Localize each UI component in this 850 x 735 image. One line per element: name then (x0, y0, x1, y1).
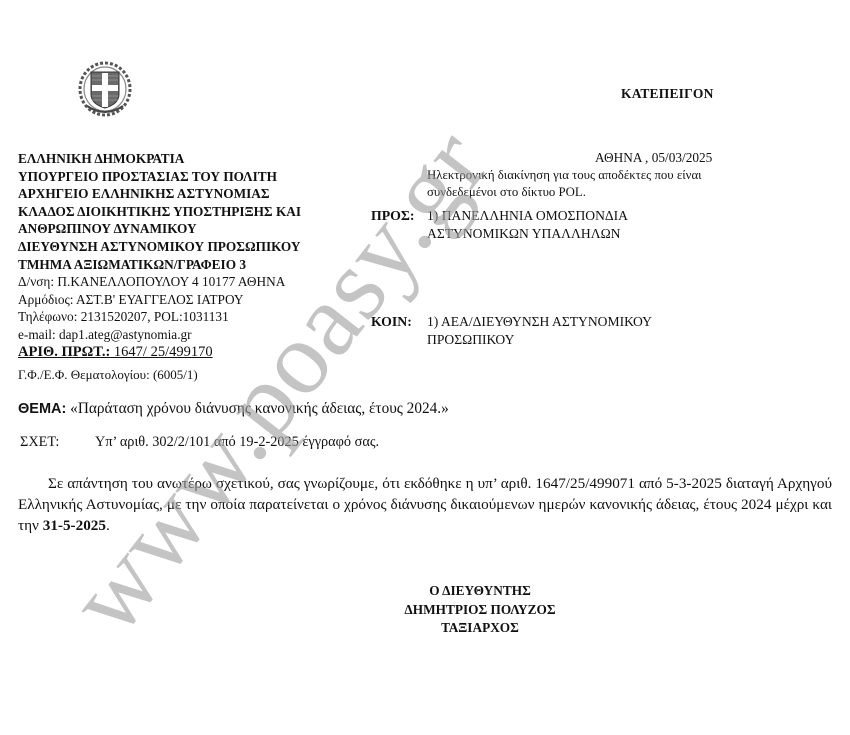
electronic-distribution-note: Ηλεκτρονική διακίνηση για τους αποδέκτες… (427, 167, 737, 202)
sender-header-line: ΑΡΧΗΓΕΙΟ ΕΛΛΗΝΙΚΗΣ ΑΣΤΥΝΟΜΙΑΣ (18, 185, 301, 203)
place-date: ΑΘΗΝΑ , 05/03/2025 (595, 150, 712, 166)
subject-label: ΘΕΜΑ: (18, 401, 66, 417)
body-text-end: . (106, 517, 110, 534)
cc-recipient-line: ΠΡΟΣΩΠΙΚΟΥ (427, 331, 652, 349)
subject-text: «Παράταση χρόνου διάνυσης κανονικής άδει… (66, 400, 448, 417)
sender-email: e-mail: dap1.ateg@astynomia.gr (18, 326, 301, 344)
cc-recipient-line: 1) ΑΕΑ/ΔΙΕΥΘΥΝΣΗ ΑΣΤΥΝΟΜΙΚΟΥ (427, 313, 652, 331)
related-label: ΣΧΕΤ: (20, 434, 59, 450)
sender-responsible: Αρμόδιος: ΑΣΤ.Β' ΕΥΑΓΓΕΛΟΣ ΙΑΤΡΟΥ (18, 291, 301, 309)
sender-header-line: ΚΛΑΔΟΣ ΔΙΟΙΚΗΤΙΚΗΣ ΥΠΟΣΤΗΡΙΞΗΣ ΚΑΙ (18, 203, 301, 221)
urgency-label: ΚΑΤΕΠΕΙΓΟΝ (621, 86, 714, 102)
to-recipients: 1) ΠΑΝΕΛΛΗΝΙΑ ΟΜΟΣΠΟΝΔΙΑ ΑΣΤΥΝΟΜΙΚΩΝ ΥΠΑ… (427, 207, 628, 242)
extension-deadline-date: 31-5-2025 (43, 517, 106, 534)
sender-header-line: ΕΛΛΗΝΙΚΗ ΔΗΜΟΚΡΑΤΙΑ (18, 150, 301, 168)
sender-block: ΕΛΛΗΝΙΚΗ ΔΗΜΟΚΡΑΤΙΑ ΥΠΟΥΡΓΕΙΟ ΠΡΟΣΤΑΣΙΑΣ… (18, 150, 301, 361)
protocol-number: ΑΡΙΘ. ΠΡΩΤ.: 1647/ 25/499170 (18, 344, 301, 362)
subject-line: ΘΕΜΑ: «Παράταση χρόνου διάνυσης κανονική… (18, 400, 449, 418)
to-recipient-line: ΑΣΤΥΝΟΜΙΚΩΝ ΥΠΑΛΛΗΛΩΝ (427, 225, 628, 243)
sender-header-line: ΔΙΕΥΘΥΝΣΗ ΑΣΤΥΝΟΜΙΚΟΥ ΠΡΟΣΩΠΙΚΟΥ (18, 238, 301, 256)
to-recipient-line: 1) ΠΑΝΕΛΛΗΝΙΑ ΟΜΟΣΠΟΝΔΙΑ (427, 207, 628, 225)
signature-block: Ο ΔΙΕΥΘΥΝΤΗΣ ΔΗΜΗΤΡΙΟΣ ΠΟΛΥΖΟΣ ΤΑΞΙΑΡΧΟΣ (380, 582, 580, 638)
sender-phone: Τηλέφωνο: 2131520207, POL:1031131 (18, 308, 301, 326)
body-text: Σε απάντηση του ανωτέρω σχετικού, σας γν… (18, 475, 832, 534)
protocol-value: 1647/ 25/499170 (110, 344, 212, 360)
to-label: ΠΡΟΣ: (371, 208, 415, 224)
related-text: Υπ’ αριθ. 302/2/101 από 19-2-2025 έγγραφ… (95, 434, 379, 451)
cc-label: ΚΟΙΝ: (371, 314, 412, 330)
subject-file-reference: Γ.Φ./Ε.Φ. Θεματολογίου: (6005/1) (18, 367, 198, 383)
sender-header-line: ΑΝΘΡΩΠΙΝΟΥ ΔΥΝΑΜΙΚΟΥ (18, 220, 301, 238)
signatory-rank: ΤΑΞΙΑΡΧΟΣ (380, 619, 580, 638)
signatory-name: ΔΗΜΗΤΡΙΟΣ ΠΟΛΥΖΟΣ (380, 601, 580, 620)
signatory-title: Ο ΔΙΕΥΘΥΝΤΗΣ (380, 582, 580, 601)
related-reference: ΣΧΕΤ:Υπ’ αριθ. 302/2/101 από 19-2-2025 έ… (20, 434, 59, 451)
sender-address: Δ/νση: Π.ΚΑΝΕΛΛΟΠΟΥΛΟΥ 4 10177 ΑΘΗΝΑ (18, 273, 301, 291)
cc-recipients: 1) ΑΕΑ/ΔΙΕΥΘΥΝΣΗ ΑΣΤΥΝΟΜΙΚΟΥ ΠΡΟΣΩΠΙΚΟΥ (427, 313, 652, 348)
sender-header-line: ΤΜΗΜΑ ΑΞΙΩΜΑΤΙΚΩΝ/ΓΡΑΦΕΙΟ 3 (18, 256, 301, 274)
body-paragraph: Σε απάντηση του ανωτέρω σχετικού, σας γν… (18, 473, 832, 536)
greek-coat-of-arms-icon (77, 60, 133, 118)
protocol-label: ΑΡΙΘ. ΠΡΩΤ.: (18, 344, 110, 360)
sender-header-line: ΥΠΟΥΡΓΕΙΟ ΠΡΟΣΤΑΣΙΑΣ ΤΟΥ ΠΟΛΙΤΗ (18, 168, 301, 186)
